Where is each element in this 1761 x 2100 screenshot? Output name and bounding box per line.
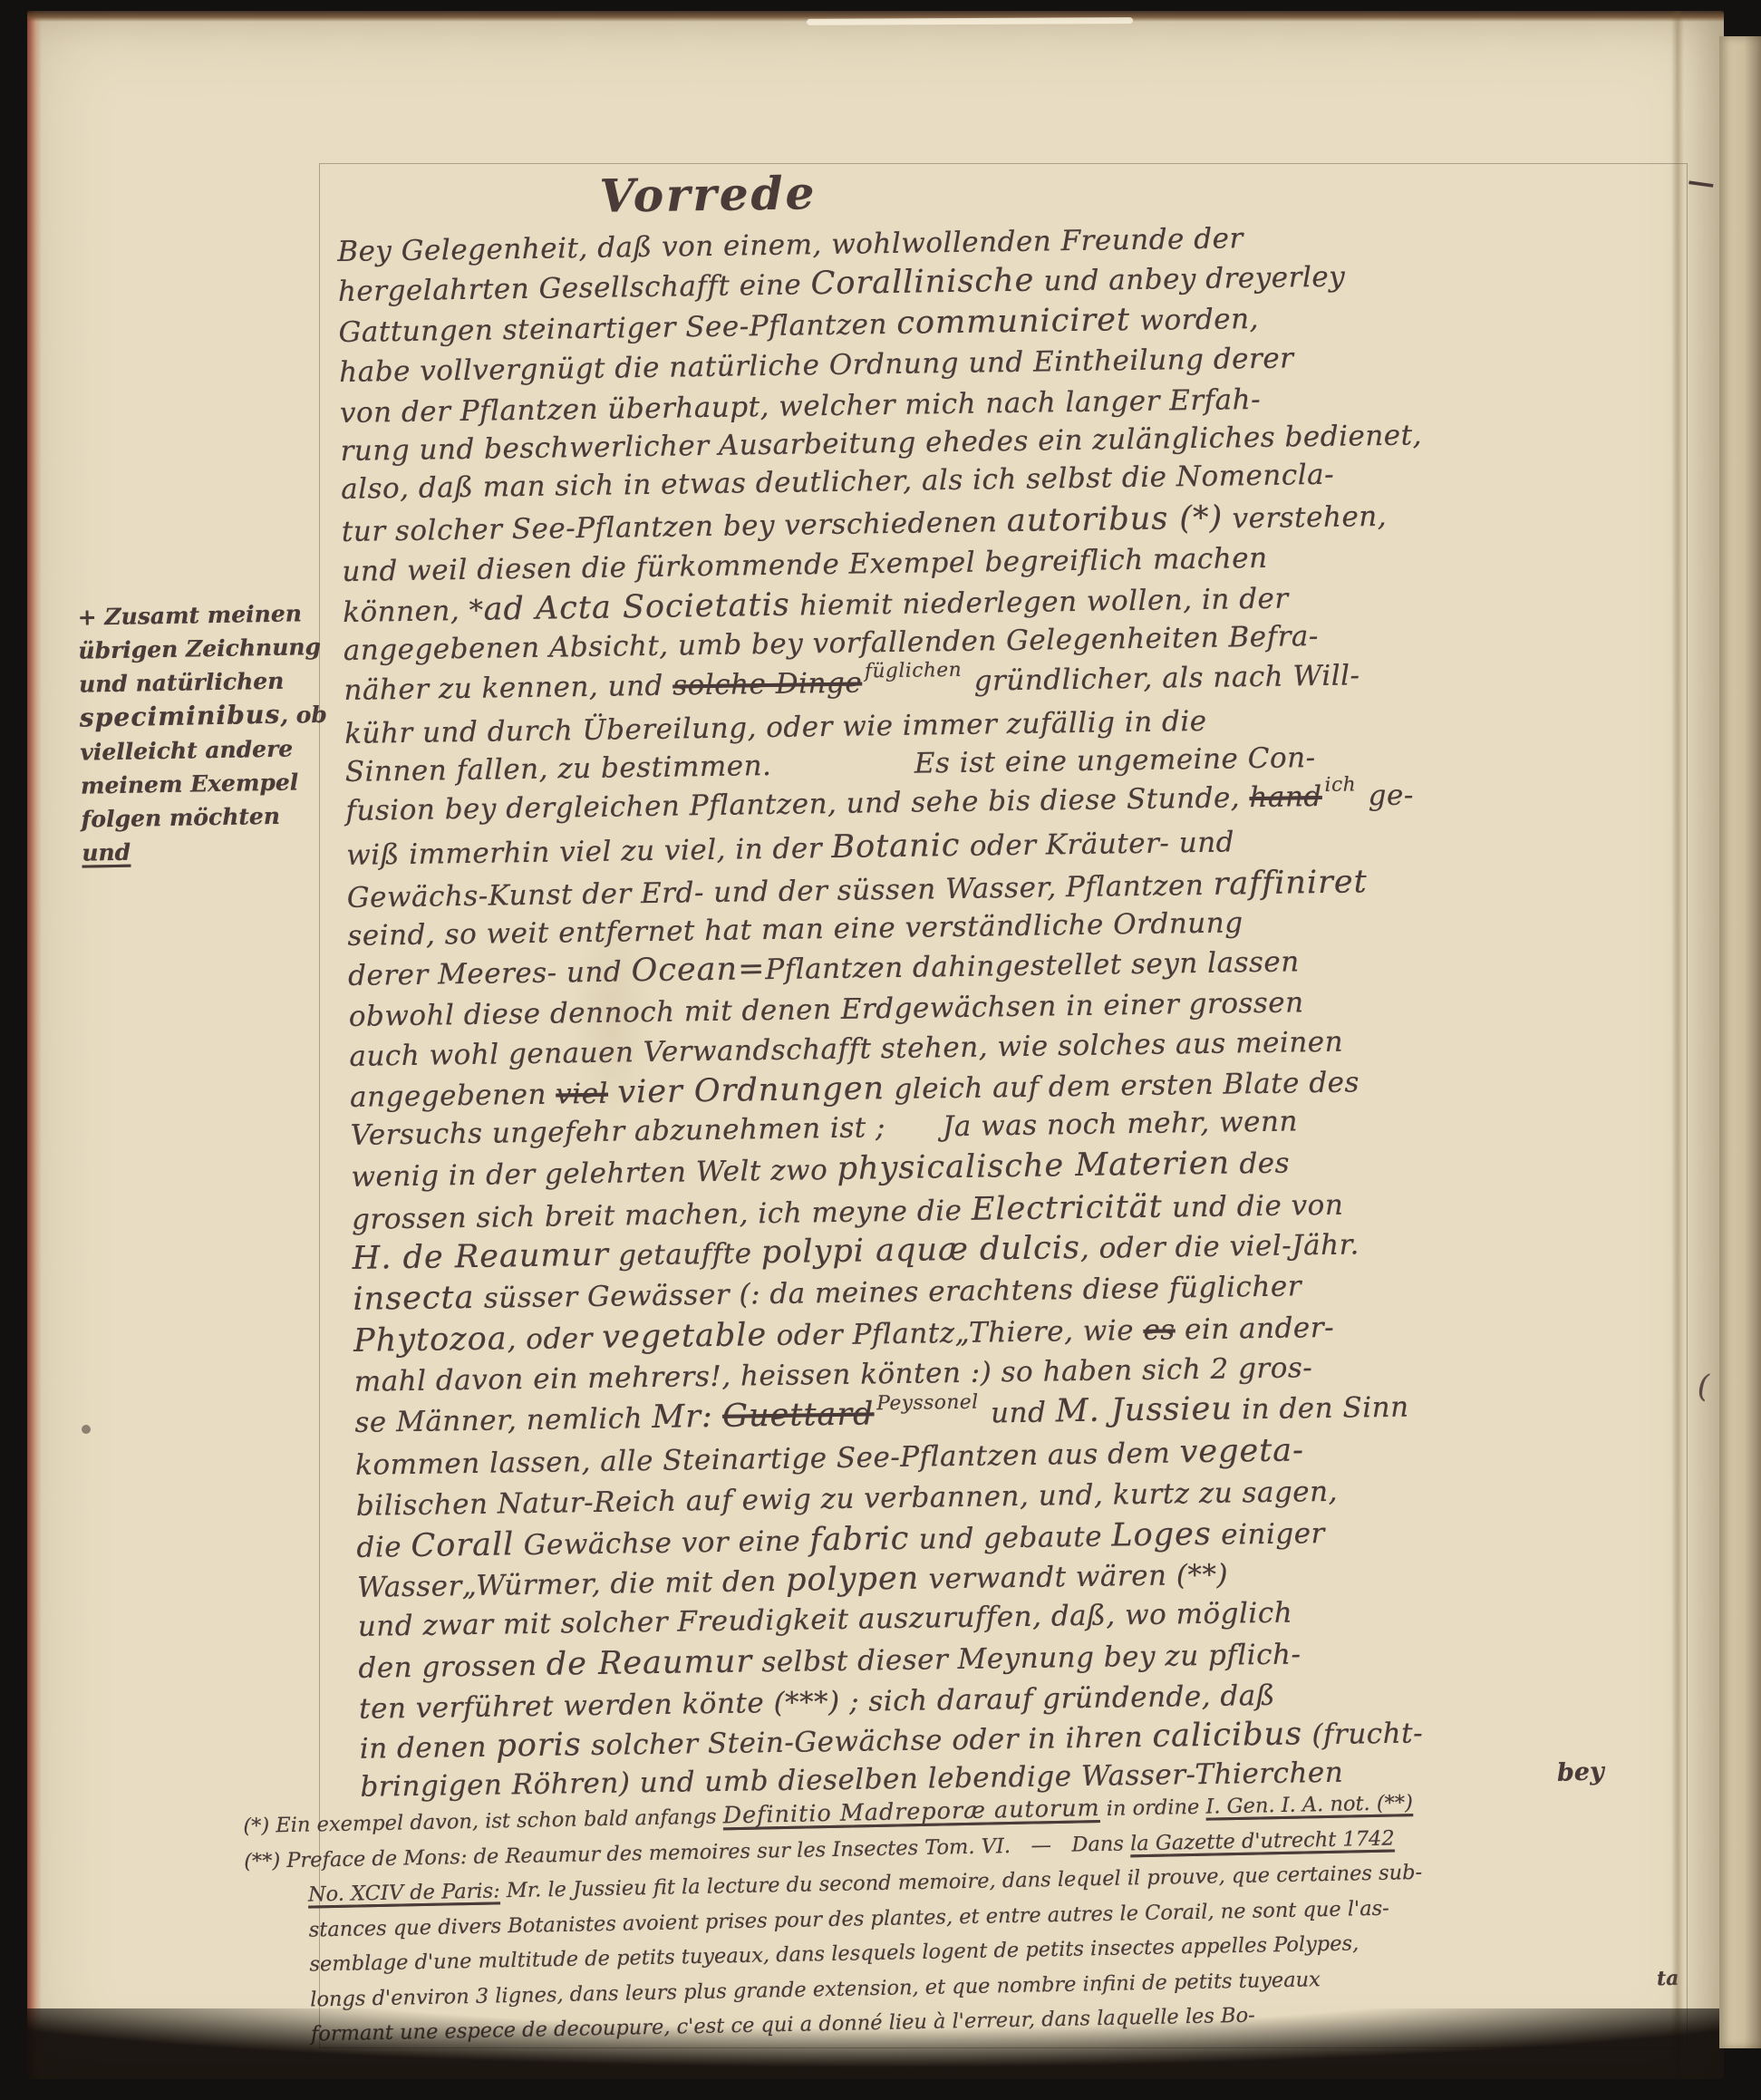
text-segment: calicibus (1152, 1715, 1302, 1754)
text-segment: hergelahrten Gesellschafft eine (338, 269, 811, 309)
text-segment: füglichen (865, 651, 963, 692)
text-segment: angegebenen (350, 1078, 556, 1113)
text-segment: communiciret (896, 301, 1130, 342)
text-segment: , oder die viel-Jähr. (1080, 1229, 1360, 1266)
text-segment: in denen (360, 1731, 497, 1766)
text-segment: gleich auf dem ersten Blate des (885, 1066, 1359, 1106)
text-segment: kommen lassen, alle Steinartige See-Pfla… (355, 1437, 1180, 1482)
text-segment: wiß immerhin viel zu viel, in der (346, 832, 832, 872)
page-title: Vorrede (391, 163, 1026, 226)
text-segment: Guettard (722, 1395, 875, 1434)
ink-dot (82, 1425, 91, 1434)
text-segment: es (1143, 1313, 1176, 1347)
text-line: meinem Exempel (81, 764, 353, 802)
text-segment: Botanic (831, 827, 961, 866)
text-line: vielleicht andere (80, 731, 353, 769)
text-segment: la Gazette d'utrecht 1742 (1130, 1826, 1395, 1855)
text-segment: poris (496, 1726, 582, 1764)
text-segment: H. de Reaumur (352, 1236, 609, 1277)
text-line: folgen möchten (81, 798, 353, 836)
text-segment: ein ander- (1175, 1311, 1334, 1347)
text-segment: , oder (507, 1322, 602, 1357)
text-line: + Zusamt meinen (77, 595, 350, 634)
text-segment (712, 1401, 722, 1434)
gutter-crease (1671, 11, 1684, 2079)
text-segment: vier Ordnungen (617, 1069, 885, 1110)
text-segment: Peyssonel (876, 1382, 979, 1423)
text-segment: Wasser„Würmer, die mit den (357, 1565, 786, 1604)
text-line: und (82, 831, 354, 869)
text-segment: einiger (1212, 1517, 1326, 1552)
text-segment: und (982, 1396, 1057, 1429)
text-segment: wenig in der gelehrten Welt zwo (351, 1154, 837, 1194)
text-segment: und die von (1162, 1188, 1343, 1224)
text-segment: (frucht- (1302, 1717, 1423, 1751)
text-segment: viel (556, 1077, 608, 1110)
text-segment: worden, (1130, 303, 1259, 337)
text-segment: fabric (809, 1520, 909, 1559)
text-segment: Loges (1111, 1515, 1212, 1554)
text-segment: M. Jussieu (1055, 1389, 1233, 1429)
text-segment: solche Dinge (672, 667, 862, 702)
text-segment: Pflantzen dahingestellet seyn lassen (765, 946, 1300, 987)
text-segment: physicalische Materien (837, 1145, 1230, 1187)
text-segment: grossen sich breit machen, ich meyne die (352, 1194, 972, 1235)
ink-block: Vorrede Bey Gelegenheit, daß von einem, … (336, 153, 1702, 1809)
text-line: und natürlichen (79, 663, 352, 701)
text-segment: Gewächse vor eine (514, 1524, 810, 1562)
text-segment: verwandt wären (**) (919, 1559, 1228, 1596)
text-segment: polypi aquæ dulcis (761, 1229, 1081, 1271)
text-segment: oder Pflantz„Thiere, wie (767, 1314, 1144, 1352)
text-segment: se Männer, nemlich (354, 1402, 652, 1439)
text-segment: autoribus (*) (1006, 498, 1223, 539)
text-segment: Definitio Madreporæ autorum (722, 1794, 1100, 1828)
text-segment: oder Kräuter- und (960, 826, 1234, 862)
text-segment: den grossen (358, 1650, 547, 1685)
text-line: übrigen Zeichnung (78, 629, 351, 667)
text-segment: und gebaute (909, 1520, 1112, 1555)
text-segment: in ordine (1099, 1795, 1205, 1821)
text-segment: Ocean= (631, 950, 765, 989)
body-text: Bey Gelegenheit, daß von einem, wohlwoll… (337, 212, 1702, 1809)
text-segment: ich (1324, 765, 1356, 805)
text-segment: selbst dieser Meynung bey zu pflich- (752, 1639, 1301, 1679)
text-segment: des (1230, 1147, 1290, 1181)
text-segment: verstehen, (1223, 500, 1387, 536)
text-segment: (*) Ein exempel davon, ist schon bald an… (243, 1805, 723, 1838)
next-page-edge (1719, 36, 1761, 2048)
pencil-frame: Vorrede Bey Gelegenheit, daß von einem, … (319, 163, 1688, 2048)
margin-note: + Zusamt meinenübrigen Zeichnungund natü… (77, 595, 353, 869)
text-segment: tur solcher See-Pflantzen bey verschiede… (342, 506, 1007, 548)
text-segment: vegetable (602, 1316, 768, 1356)
text-segment: können, * (343, 594, 484, 628)
text-segment: polypen (786, 1560, 920, 1599)
text-segment: näher zu kennen, und (343, 670, 672, 707)
text-segment: Electricität (971, 1187, 1163, 1227)
stray-paren-mark: ( (1698, 1369, 1709, 1405)
text-segment: insecta (353, 1278, 475, 1317)
text-segment: Phytozoa (353, 1320, 508, 1360)
text-segment: hiemit niederlegen wollen, in der (789, 582, 1288, 622)
text-segment: Corall (411, 1525, 514, 1564)
text-segment: ge- (1359, 779, 1414, 812)
manuscript-page: Vorrede Bey Gelegenheit, daß von einem, … (27, 11, 1724, 2079)
text-segment: ad Acta Societatis (483, 585, 790, 627)
text-segment: derer Meeres- und (348, 956, 632, 993)
text-segment: raffiniret (1213, 863, 1368, 903)
page-top-highlight (807, 17, 1133, 25)
text-segment: gründlicher, als nach Will- (964, 660, 1360, 698)
text-line: speciminibus, ob (79, 696, 352, 735)
text-segment: und anbey dreyerley (1034, 261, 1345, 298)
text-segment: I. Gen. I. A. not. (**) (1205, 1791, 1413, 1819)
text-segment: süsser Gewässer (: da meines erachtens d… (474, 1270, 1301, 1315)
text-segment: vegeta- (1179, 1432, 1304, 1471)
text-segment: Corallinische (810, 262, 1034, 303)
text-segment: hand (1249, 780, 1322, 814)
text-segment: Gattungen steinartiger See-Pflantzen (338, 308, 896, 349)
text-segment: Mr: (652, 1398, 713, 1436)
page-bottom-shadow (27, 2008, 1724, 2079)
book-photo: Vorrede Bey Gelegenheit, daß von einem, … (0, 0, 1761, 2100)
text-segment: No. XCIV de Paris: (308, 1879, 500, 1906)
text-segment: getauffte (609, 1237, 762, 1272)
text-segment: de Reaumur (546, 1643, 752, 1683)
text-segment: solcher Stein-Gewächse oder in ihren (581, 1721, 1152, 1762)
red-speckled-page-edge (27, 11, 42, 2079)
text-segment: die (356, 1531, 411, 1564)
stray-pen-mark: — (1686, 165, 1717, 200)
text-segment: , ob (280, 702, 327, 729)
text-segment: in den Sinn (1233, 1390, 1409, 1426)
text-segment: und (82, 839, 131, 866)
text-segment: speciminibus (79, 699, 280, 733)
